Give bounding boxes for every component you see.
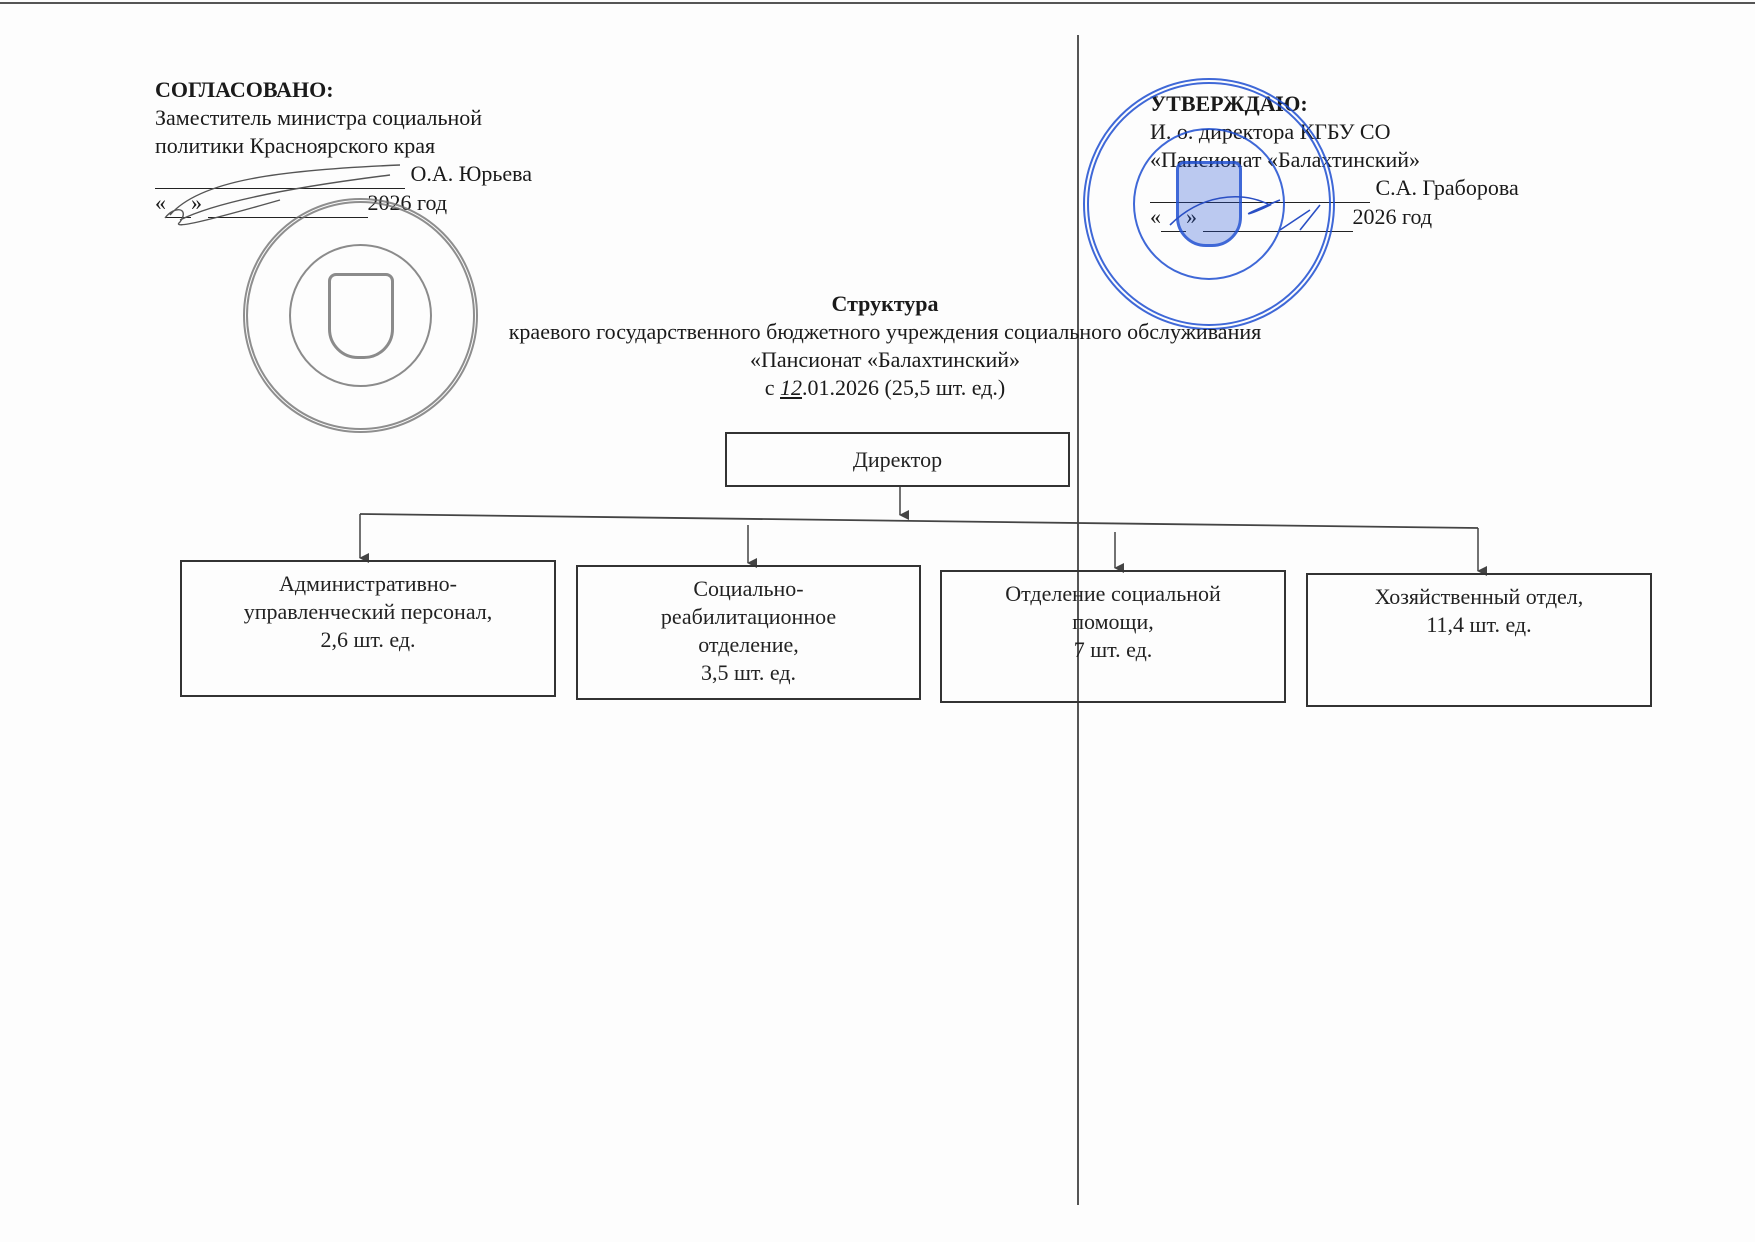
org-node-line: реабилитационное	[578, 603, 919, 631]
org-node-label: Директор	[853, 447, 942, 472]
org-node-line: управленческий персонал,	[182, 598, 554, 626]
org-node-line: Хозяйственный отдел,	[1308, 583, 1650, 611]
org-node-staff-count: 11,4 шт. ед.	[1308, 611, 1650, 639]
org-node-line: отделение,	[578, 631, 919, 659]
org-node-line: Социально-	[578, 575, 919, 603]
org-node-line: Административно-	[182, 570, 554, 598]
org-node-social-assistance-dept: Отделение социальной помощи, 7 шт. ед.	[940, 570, 1286, 703]
org-node-director: Директор	[725, 432, 1070, 487]
org-node-line: помощи,	[942, 608, 1284, 636]
org-node-staff-count: 3,5 шт. ед.	[578, 659, 919, 687]
org-node-line: Отделение социальной	[942, 580, 1284, 608]
org-node-household-dept: Хозяйственный отдел, 11,4 шт. ед.	[1306, 573, 1652, 707]
org-node-staff-count: 2,6 шт. ед.	[182, 626, 554, 654]
org-node-social-rehab-dept: Социально- реабилитационное отделение, 3…	[576, 565, 921, 700]
org-node-staff-count: 7 шт. ед.	[942, 636, 1284, 664]
org-node-admin-staff: Административно- управленческий персонал…	[180, 560, 556, 697]
